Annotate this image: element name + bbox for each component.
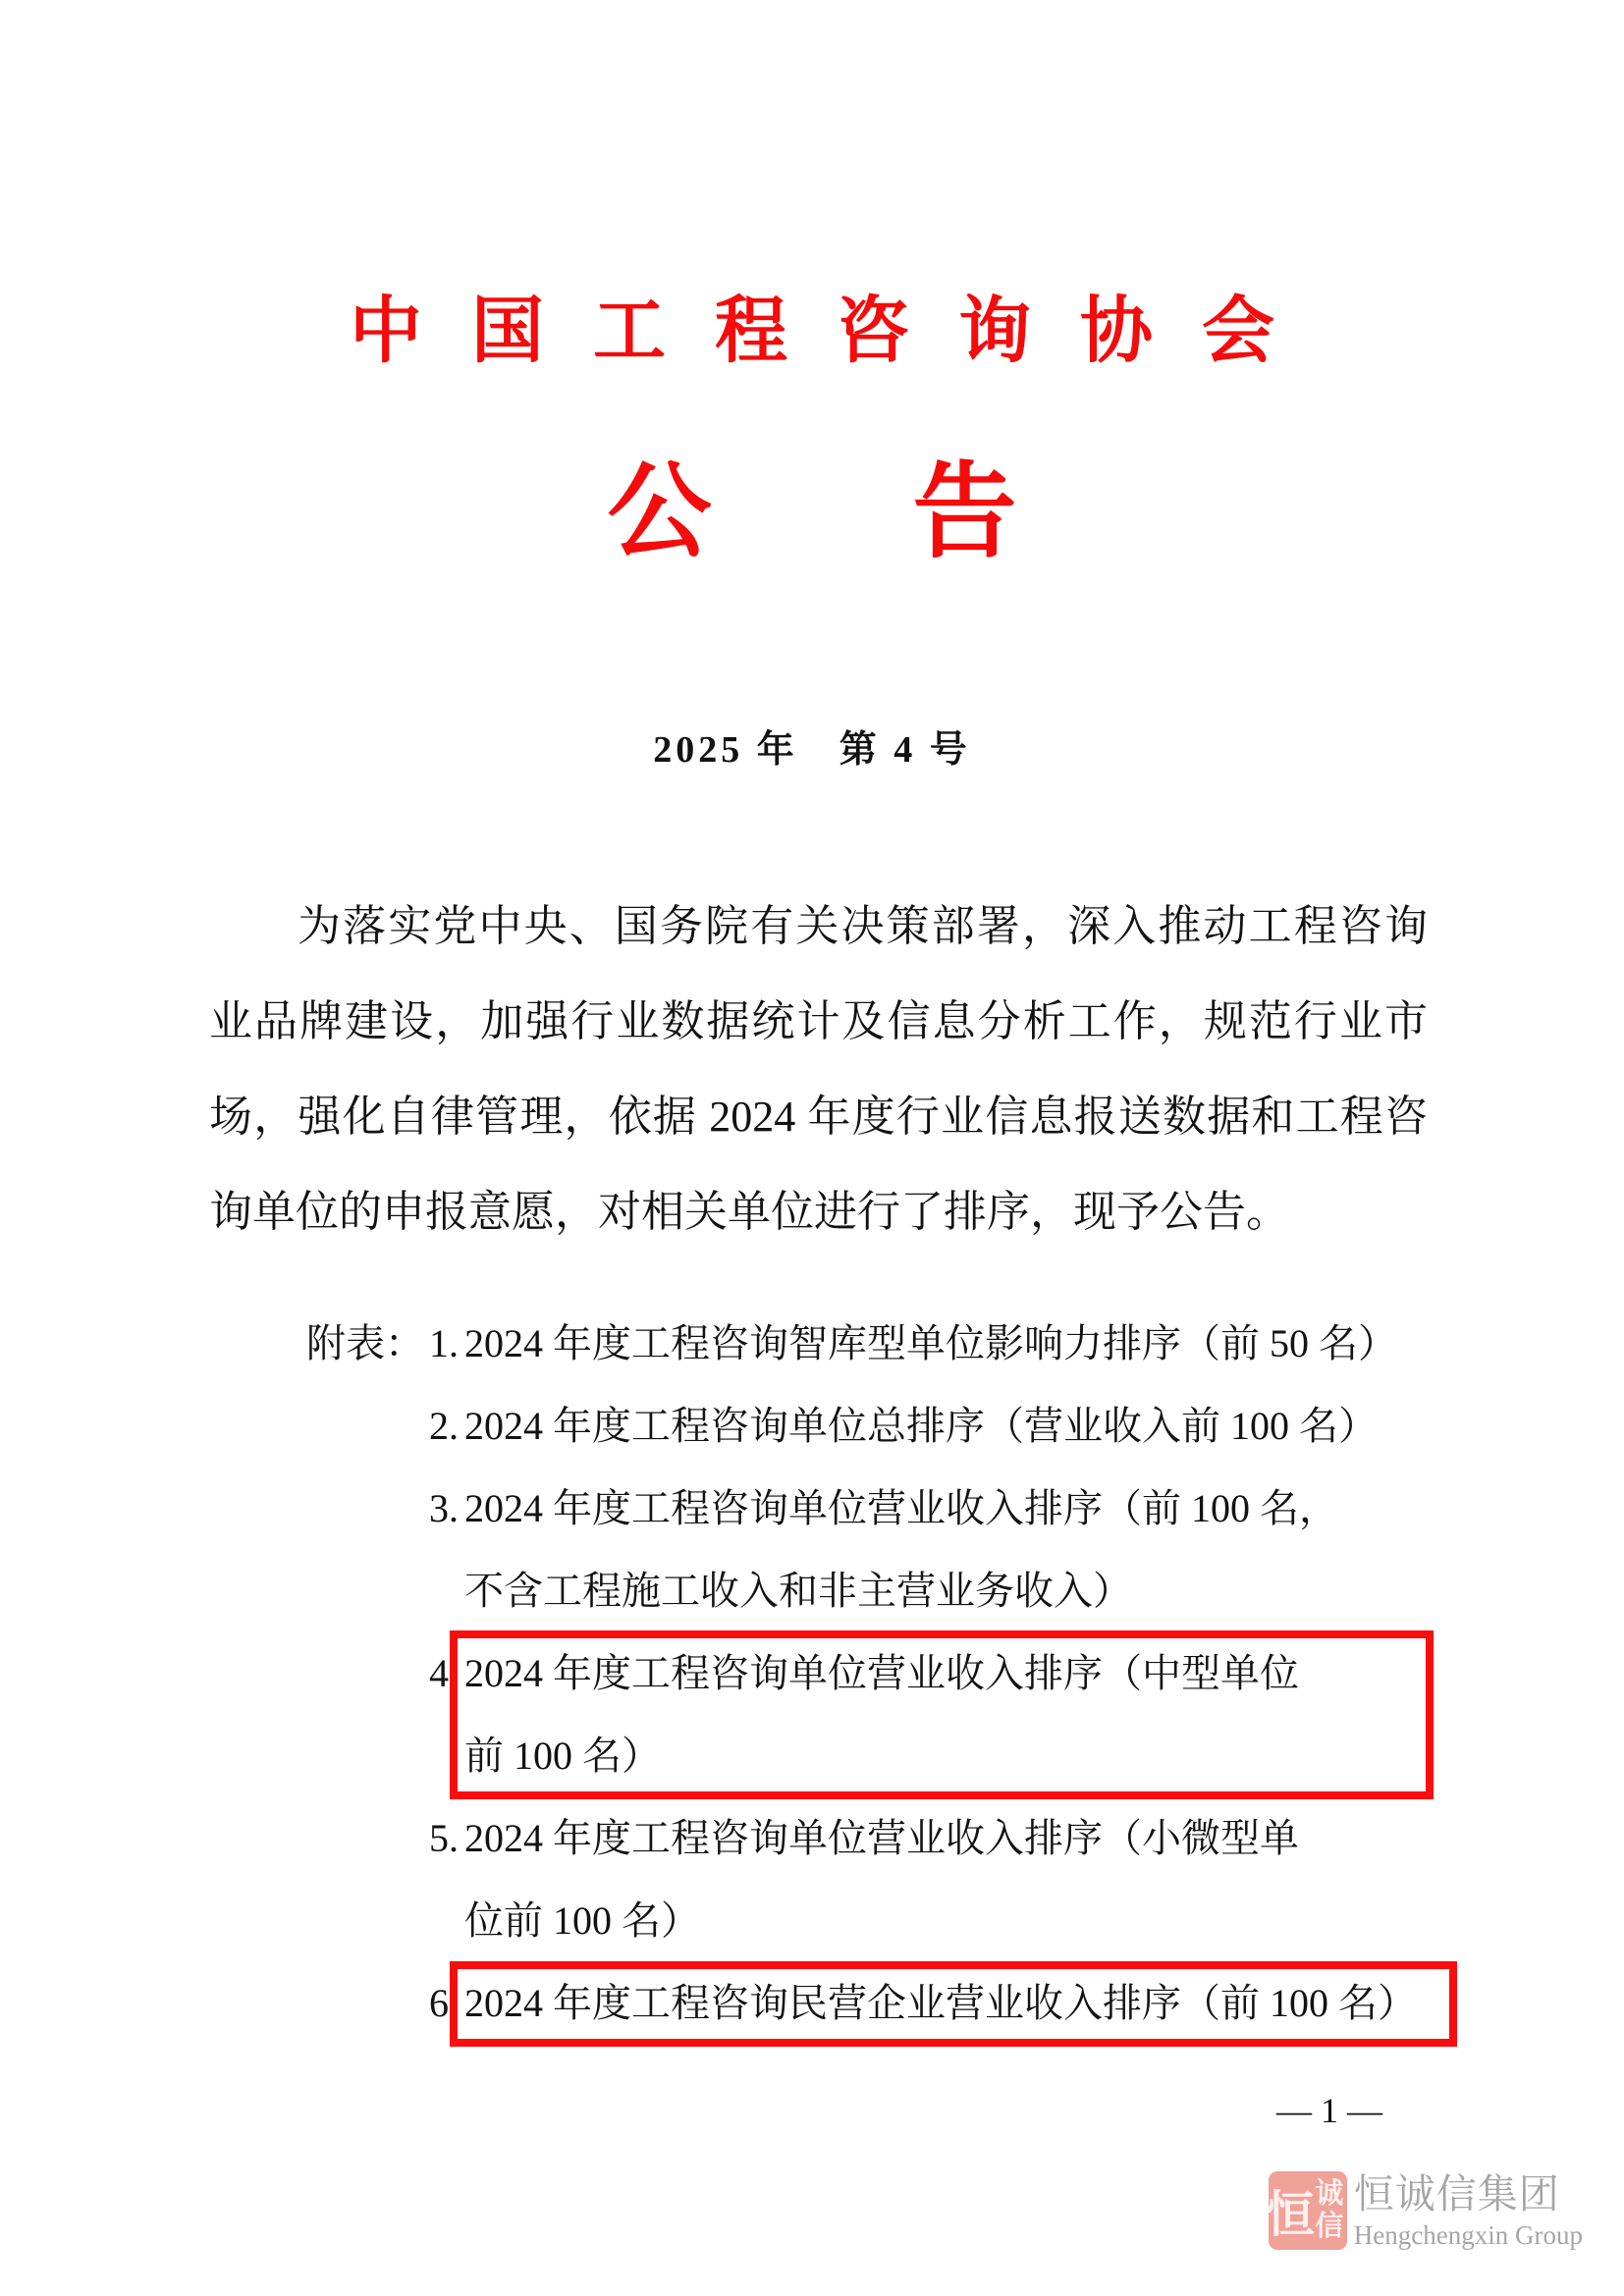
attachment-item-1: 附表： 1. 2024 年度工程咨询智库型单位影响力排序（前 50 名） [306, 1303, 1455, 1385]
attachment-item-6: 6. 2024 年度工程咨询民营企业营业收入排序（前 100 名） [306, 1962, 1455, 2045]
item-text: 前 100 名） [464, 1715, 661, 1797]
attachment-item-4: 4. 2024 年度工程咨询单位营业收入排序（中型单位 前 100 名） [306, 1632, 1455, 1797]
attachment-item-3: 3. 2024 年度工程咨询单位营业收入排序（前 100 名， 不含工程施工收入… [306, 1468, 1455, 1632]
seal-char-chengxin: 诚 信 [1312, 2171, 1347, 2250]
attachments-list: 附表： 1. 2024 年度工程咨询智库型单位影响力排序（前 50 名） 2. … [306, 1303, 1455, 2045]
body-line: 场，强化自律管理，依据 2024 年度行业信息报送数据和工程咨 [209, 1069, 1428, 1164]
item-text: 2024 年度工程咨询单位营业收入排序（中型单位 [464, 1632, 1299, 1715]
item-text: 2024 年度工程咨询单位营业收入排序（小微型单 [464, 1797, 1299, 1880]
item-number: 5. [429, 1797, 464, 1880]
body-paragraph: 为落实党中央、国务院有关决策部署，深入推动工程咨询 业品牌建设，加强行业数据统计… [209, 879, 1428, 1259]
attachment-item-2: 2. 2024 年度工程咨询单位总排序（营业收入前 100 名） [306, 1385, 1455, 1468]
attachment-item-5: 5. 2024 年度工程咨询单位营业收入排序（小微型单 位前 100 名） [306, 1797, 1455, 1962]
issue-number: 2025 年 第 4 号 [0, 719, 1624, 773]
seal-char-heng: 恒 [1269, 2171, 1312, 2250]
announcement-title: 公告 [0, 456, 1624, 571]
company-name-cn: 恒诚信集团 [1354, 2171, 1583, 2217]
seal-char-cheng: 诚 [1315, 2178, 1343, 2211]
company-name-en: Hengchengxin Group [1354, 2219, 1583, 2251]
item-number: 2. [429, 1385, 464, 1468]
logo-seal-icon: 恒 诚 信 [1269, 2171, 1347, 2250]
attachments-label: 附表： [306, 1303, 429, 1385]
item-text: 2024 年度工程咨询民营企业营业收入排序（前 100 名） [464, 1962, 1417, 2045]
item-number: 3. [429, 1468, 464, 1550]
page-number: — 1 — [0, 2090, 1624, 2131]
item-text: 2024 年度工程咨询智库型单位影响力排序（前 50 名） [464, 1303, 1397, 1385]
item-text: 2024 年度工程咨询单位总排序（营业收入前 100 名） [464, 1385, 1378, 1468]
body-line: 业品牌建设，加强行业数据统计及信息分析工作，规范行业市 [209, 974, 1428, 1069]
company-logo: 恒 诚 信 恒诚信集团 Hengchengxin Group [1269, 2171, 1583, 2252]
item-number: 1. [429, 1303, 464, 1385]
logo-text: 恒诚信集团 Hengchengxin Group [1354, 2171, 1583, 2252]
item-number: 4. [429, 1632, 464, 1715]
body-line: 为落实党中央、国务院有关决策部署，深入推动工程咨询 [209, 879, 1428, 974]
org-title: 中国工程咨询协会 [0, 0, 1624, 374]
seal-char-xin: 信 [1315, 2211, 1343, 2243]
item-text: 2024 年度工程咨询单位营业收入排序（前 100 名， [464, 1468, 1338, 1550]
announcement-page: 中国工程咨询协会 公告 2025 年 第 4 号 为落实党中央、国务院有关决策部… [0, 0, 1624, 2296]
item-number: 6. [429, 1962, 464, 2045]
body-line: 询单位的申报意愿，对相关单位进行了排序，现予公告。 [209, 1164, 1428, 1259]
item-text: 不含工程施工收入和非主营业务收入） [464, 1550, 1132, 1632]
item-text: 位前 100 名） [464, 1880, 700, 1962]
